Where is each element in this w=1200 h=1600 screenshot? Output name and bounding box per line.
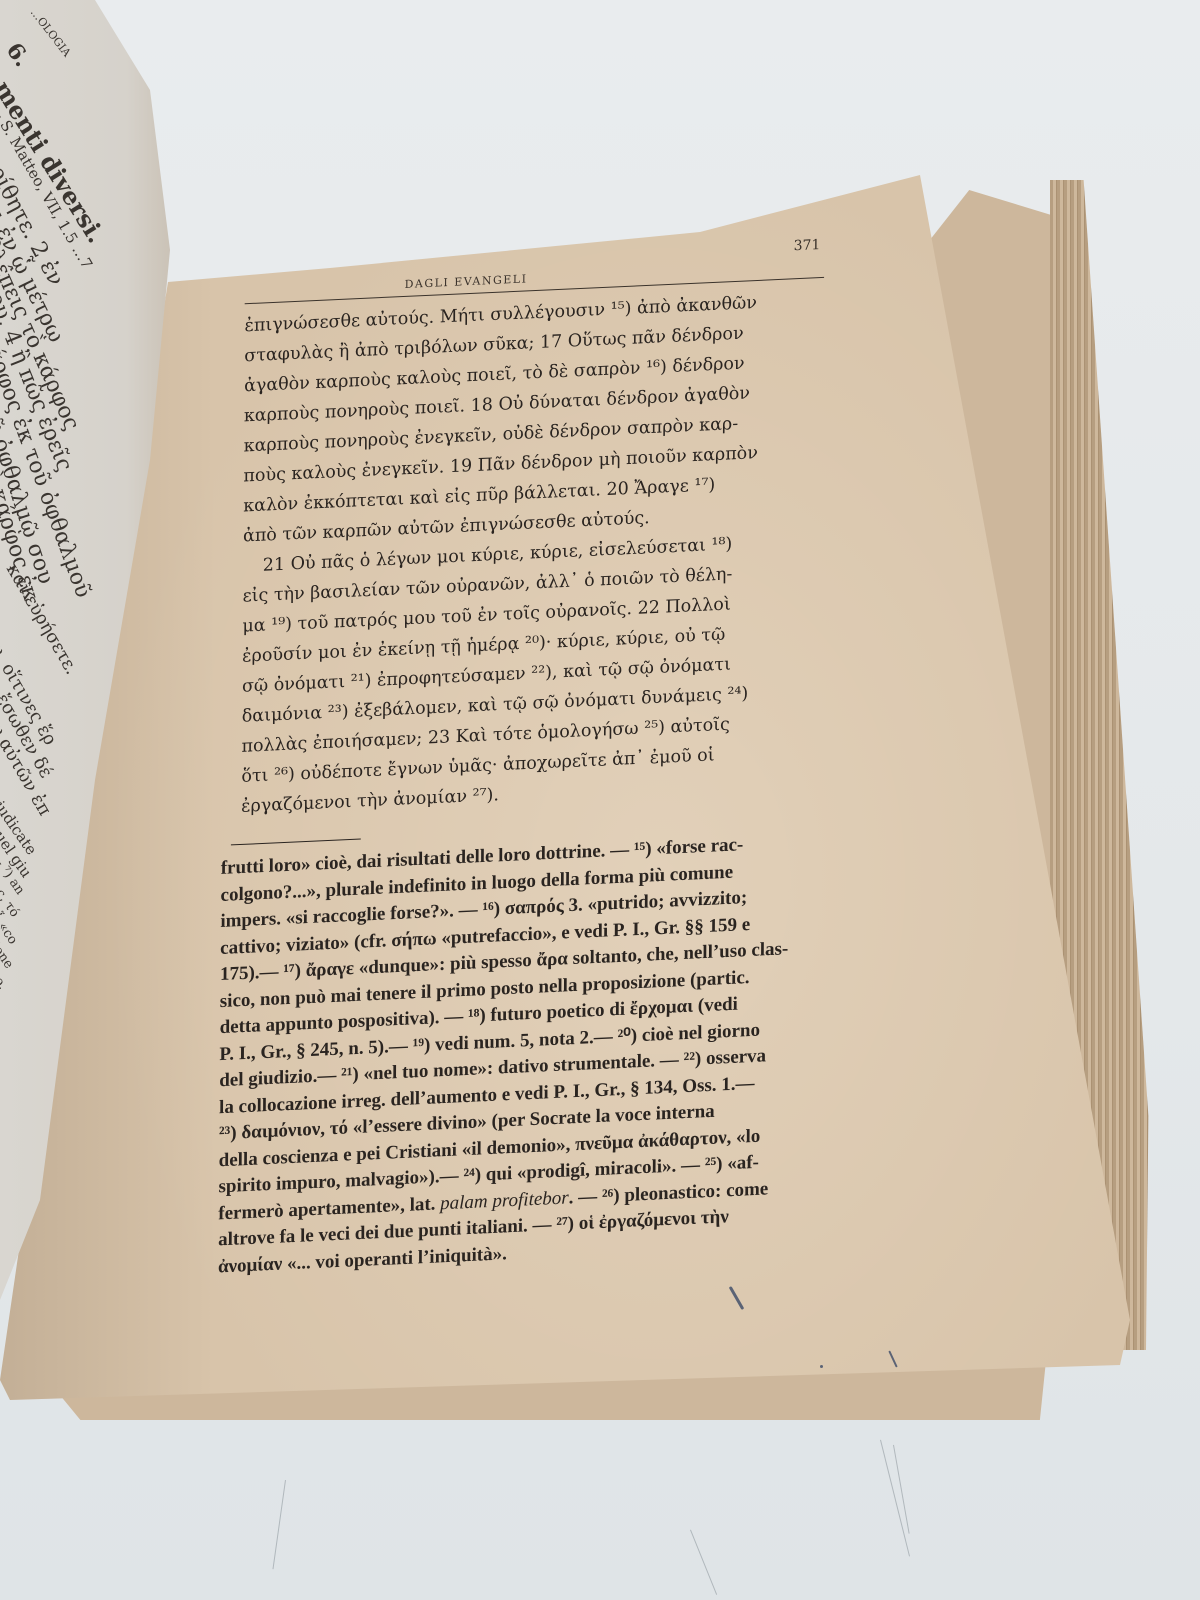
photo-scene: …OLOGIA 6. …menti diversi. — S. Matteo, … bbox=[0, 0, 1200, 1600]
left-page-text: …OLOGIA 6. …menti diversi. — S. Matteo, … bbox=[0, 0, 170, 1100]
left-running-head: …OLOGIA bbox=[28, 6, 74, 59]
right-page-text: DAGLI EVANGELI 371 ἐπιγνώσεσθε αὐτούς. Μ… bbox=[198, 237, 824, 1281]
left-fragment: to. bbox=[0, 970, 10, 993]
page-number: 371 bbox=[794, 237, 821, 254]
latin-phrase: palam profitebor bbox=[440, 1187, 569, 1214]
greek-text: ἐπιγνώσεσθε αὐτούς. Μήτι συλλέγουσιν ¹⁵)… bbox=[201, 285, 824, 824]
table-scratch bbox=[272, 1480, 286, 1569]
running-title: DAGLI EVANGELI bbox=[405, 272, 528, 291]
table-scratch bbox=[690, 1530, 717, 1595]
footnotes: frutti loro» cioè, dai risultati delle l… bbox=[198, 829, 820, 1282]
ink-mark bbox=[820, 1365, 823, 1368]
footnote-rule bbox=[231, 839, 361, 846]
